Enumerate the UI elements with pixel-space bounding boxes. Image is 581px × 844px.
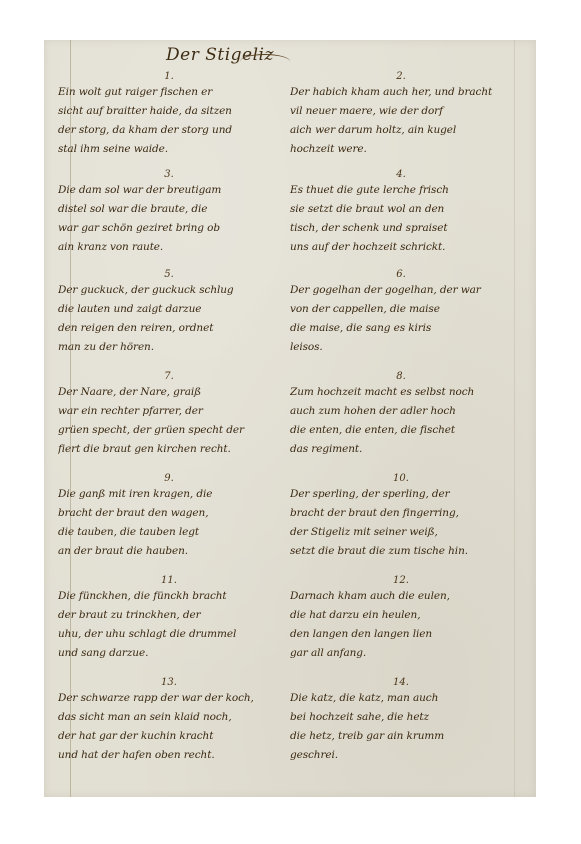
verse-line: Der schwarze rapp der war der koch, xyxy=(58,689,280,708)
title-flourish xyxy=(240,54,290,69)
verse-line: bracht der braut den fingerring, xyxy=(290,504,512,523)
verse-line: leisos. xyxy=(290,338,512,357)
verse-line: und sang darzue. xyxy=(58,644,280,663)
stanza-number: 7. xyxy=(58,370,280,383)
stanza-9: 9. Die ganß mit iren kragen, die bracht … xyxy=(58,472,280,561)
verse-line: sie setzt die braut wol an den xyxy=(290,200,512,219)
verse-line: tisch, der schenk und spraiset xyxy=(290,219,512,238)
stanza-13: 13. Der schwarze rapp der war der koch, … xyxy=(58,676,280,765)
verse-line: distel sol war die braute, die xyxy=(58,200,280,219)
stanza-3: 3. Die dam sol war der breutigam distel … xyxy=(58,168,280,257)
manuscript-page: Der Stigeliz 1. Ein wolt gut raiger fisc… xyxy=(44,40,536,797)
verse-line: auch zum hohen der adler hoch xyxy=(290,402,512,421)
stanza-11: 11. Die fünckhen, die fünckh bracht der … xyxy=(58,574,280,663)
stanza-5: 5. Der guckuck, der guckuck schlug die l… xyxy=(58,268,280,357)
verse-line: das regiment. xyxy=(290,440,512,459)
stanza-1: 1. Ein wolt gut raiger fischen er sicht … xyxy=(58,70,280,159)
verse-line: Der sperling, der sperling, der xyxy=(290,485,512,504)
verse-line: der Stigeliz mit seiner weiß, xyxy=(290,523,512,542)
verse-line: war ein rechter pfarrer, der xyxy=(58,402,280,421)
verse-line: der storg, da kham der storg und xyxy=(58,121,280,140)
stanza-number: 5. xyxy=(58,268,280,281)
verse-line: von der cappellen, die maise xyxy=(290,300,512,319)
verse-line: Darnach kham auch die eulen, xyxy=(290,587,512,606)
verse-line: Der gogelhan der gogelhan, der war xyxy=(290,281,512,300)
verse-line: fiert die braut gen kirchen recht. xyxy=(58,440,280,459)
stanza-12: 12. Darnach kham auch die eulen, die hat… xyxy=(290,574,512,663)
verse-line: uns auf der hochzeit schrickt. xyxy=(290,238,512,257)
stanza-number: 12. xyxy=(290,574,512,587)
margin-rule-right xyxy=(514,40,515,797)
stanza-number: 14. xyxy=(290,676,512,689)
verse-line: Der Naare, der Nare, graiß xyxy=(58,383,280,402)
stanza-10: 10. Der sperling, der sperling, der brac… xyxy=(290,472,512,561)
verse-line: uhu, der uhu schlagt die drummel xyxy=(58,625,280,644)
verse-line: Der habich kham auch her, und bracht xyxy=(290,83,512,102)
stanza-number: 10. xyxy=(290,472,512,485)
verse-line: Die katz, die katz, man auch xyxy=(290,689,512,708)
stanza-6: 6. Der gogelhan der gogelhan, der war vo… xyxy=(290,268,512,357)
verse-line: setzt die braut die zum tische hin. xyxy=(290,542,512,561)
stanza-number: 13. xyxy=(58,676,280,689)
verse-line: den langen den langen lien xyxy=(290,625,512,644)
verse-line: Die dam sol war der breutigam xyxy=(58,181,280,200)
verse-line: bracht der braut den wagen, xyxy=(58,504,280,523)
verse-line: Der guckuck, der guckuck schlug xyxy=(58,281,280,300)
verse-line: die enten, die enten, die fischet xyxy=(290,421,512,440)
stanza-7: 7. Der Naare, der Nare, graiß war ein re… xyxy=(58,370,280,459)
stanza-number: 1. xyxy=(58,70,280,83)
stanza-8: 8. Zum hochzeit macht es selbst noch auc… xyxy=(290,370,512,459)
stanza-14: 14. Die katz, die katz, man auch bei hoc… xyxy=(290,676,512,765)
stanza-number: 9. xyxy=(58,472,280,485)
verse-line: die tauben, die tauben legt xyxy=(58,523,280,542)
verse-line: der hat gar der kuchin kracht xyxy=(58,727,280,746)
verse-line: war gar schön geziret bring ob xyxy=(58,219,280,238)
verse-line: Ein wolt gut raiger fischen er xyxy=(58,83,280,102)
verse-line: hochzeit were. xyxy=(290,140,512,159)
stanza-number: 11. xyxy=(58,574,280,587)
verse-line: Es thuet die gute lerche frisch xyxy=(290,181,512,200)
verse-line: vil neuer maere, wie der dorf xyxy=(290,102,512,121)
stanza-4: 4. Es thuet die gute lerche frisch sie s… xyxy=(290,168,512,257)
stanza-number: 8. xyxy=(290,370,512,383)
verse-line: grüen specht, der grüen specht der xyxy=(58,421,280,440)
verse-line: Zum hochzeit macht es selbst noch xyxy=(290,383,512,402)
stanza-number: 3. xyxy=(58,168,280,181)
verse-line: bei hochzeit sahe, die hetz xyxy=(290,708,512,727)
verse-line: man zu der hören. xyxy=(58,338,280,357)
stanza-number: 6. xyxy=(290,268,512,281)
verse-line: gar all anfang. xyxy=(290,644,512,663)
stanza-number: 4. xyxy=(290,168,512,181)
verse-line: sicht auf braitter haide, da sitzen xyxy=(58,102,280,121)
verse-line: die lauten und zaigt darzue xyxy=(58,300,280,319)
verse-line: an der braut die hauben. xyxy=(58,542,280,561)
stanza-number: 2. xyxy=(290,70,512,83)
verse-line: die hat darzu ein heulen, xyxy=(290,606,512,625)
verse-line: geschrei. xyxy=(290,746,512,765)
verse-line: der braut zu trinckhen, der xyxy=(58,606,280,625)
verse-line: das sicht man an sein klaid noch, xyxy=(58,708,280,727)
verse-line: und hat der hafen oben recht. xyxy=(58,746,280,765)
verse-line: Die fünckhen, die fünckh bracht xyxy=(58,587,280,606)
verse-line: die maise, die sang es kiris xyxy=(290,319,512,338)
verse-line: ain kranz von raute. xyxy=(58,238,280,257)
verse-line: die hetz, treib gar ain krumm xyxy=(290,727,512,746)
verse-line: aich wer darum holtz, ain kugel xyxy=(290,121,512,140)
verse-line: stal ihm seine waide. xyxy=(58,140,280,159)
verse-line: den reigen den reiren, ordnet xyxy=(58,319,280,338)
stanza-2: 2. Der habich kham auch her, und bracht … xyxy=(290,70,512,159)
verse-line: Die ganß mit iren kragen, die xyxy=(58,485,280,504)
